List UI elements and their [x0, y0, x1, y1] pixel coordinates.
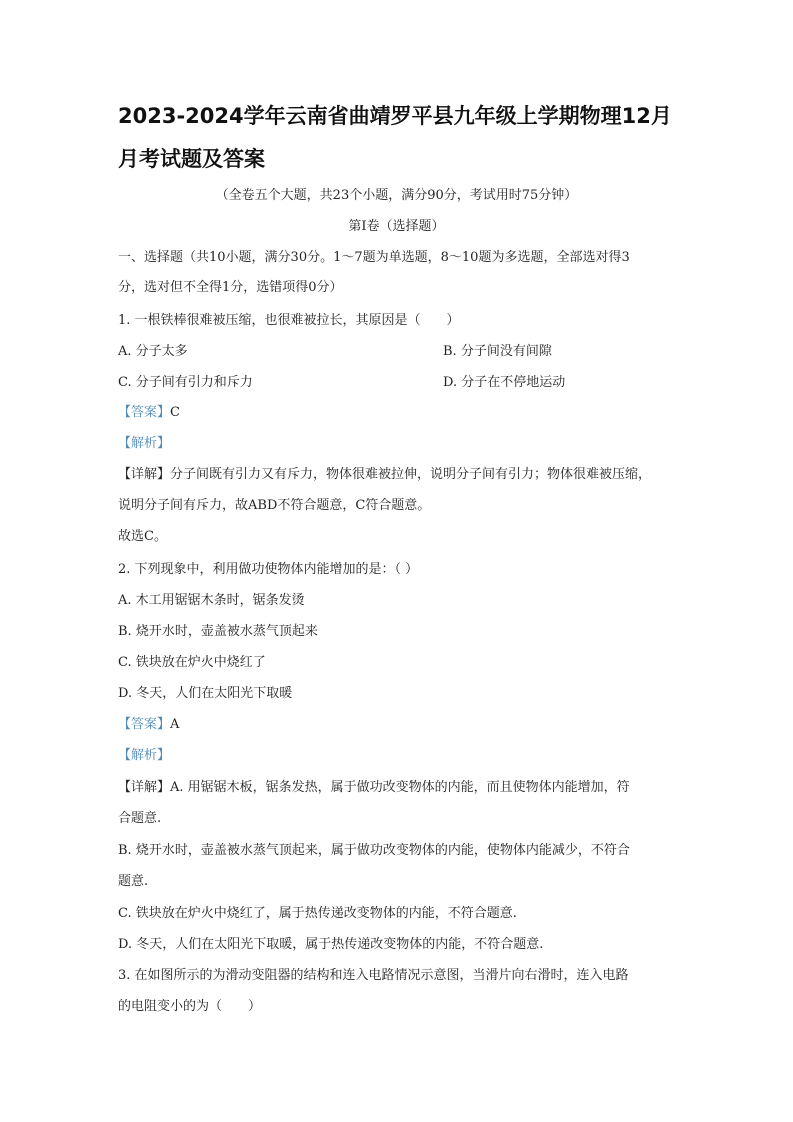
question-2-stem: 2. 下列现象中，利用做功使物体内能增加的是：（ ）	[118, 562, 418, 578]
question-3-stem-line-1: 3. 在如图所示的为滑动变阻器的结构和连入电路情况示意图，当滑片向右滑时，连入电…	[118, 968, 629, 984]
document-title-line-2: 月考试题及答案	[118, 147, 688, 171]
answer-value: C	[170, 405, 180, 420]
question-2-detail-line-5: C. 铁块放在炉火中烧红了，属于热传递改变物体的内能，不符合题意.	[118, 906, 517, 922]
question-1-stem: 1. 一根铁棒很难被压缩，也很难被拉长，其原因是（ ）	[118, 313, 460, 329]
question-3-stem-line-2: 的电阻变小的为（ ）	[118, 999, 261, 1015]
question-1-detail-line-2: 说明分子间有斥力，故ABD不符合题意，C符合题意。	[118, 498, 430, 514]
question-1-option-b: B. 分子间没有间隙	[443, 344, 552, 360]
question-2-detail-line-6: D. 冬天，人们在太阳光下取暖，属于热传递改变物体的内能，不符合题意.	[118, 937, 543, 953]
question-2-detail-line-4: 题意.	[118, 874, 148, 890]
answer-value: A	[170, 717, 179, 732]
question-2-analysis: 【解析】	[118, 748, 170, 764]
analysis-label: 【解析】	[118, 748, 170, 763]
question-1-option-a: A. 分子太多	[118, 344, 188, 360]
question-2-option-d: D. 冬天，人们在太阳光下取暖	[118, 686, 292, 702]
question-1-option-d: D. 分子在不停地运动	[443, 375, 565, 391]
instructions-line-2: 分，选对但不全得1分，选错项得0分）	[118, 280, 343, 296]
answer-label: 【答案】	[118, 717, 170, 732]
answer-label: 【答案】	[118, 405, 170, 420]
question-2-answer: 【答案】A	[118, 717, 179, 733]
instructions-line-1: 一、选择题（共10小题，满分30分。1～7题为单选题，8～10题为多选题，全部选…	[118, 250, 630, 266]
question-1-detail-line-3: 故选C。	[118, 529, 167, 545]
question-2-option-b: B. 烧开水时，壶盖被水蒸气顶起来	[118, 624, 318, 640]
question-1-analysis: 【解析】	[118, 436, 170, 452]
question-1-option-c: C. 分子间有引力和斥力	[118, 375, 253, 391]
question-1-detail-line-1: 【详解】分子间既有引力又有斥力，物体很难被拉伸，说明分子间有引力；物体很难被压缩…	[118, 467, 651, 483]
document-title-line-1: 2023-2024学年云南省曲靖罗平县九年级上学期物理12月	[118, 104, 688, 128]
exam-info: （全卷五个大题，共23个小题，满分90分，考试用时75分钟）	[0, 188, 793, 204]
analysis-label: 【解析】	[118, 436, 170, 451]
question-2-detail-line-2: 合题意.	[118, 811, 161, 827]
detail-label: 【详解】	[118, 780, 170, 795]
detail-label: 【详解】	[118, 467, 170, 482]
question-2-detail-line-3: B. 烧开水时，壶盖被水蒸气顶起来，属于做功改变物体的内能，使物体内能减少，不符…	[118, 843, 630, 859]
section-title: 第Ⅰ卷（选择题）	[0, 219, 793, 235]
question-2-option-a: A. 木工用锯锯木条时，锯条发烫	[118, 593, 305, 609]
question-1-answer: 【答案】C	[118, 405, 180, 421]
question-2-option-c: C. 铁块放在炉火中烧红了	[118, 655, 266, 671]
question-2-detail-line-1: 【详解】A. 用锯锯木板，锯条发热，属于做功改变物体的内能，而且使物体内能增加，…	[118, 780, 630, 796]
